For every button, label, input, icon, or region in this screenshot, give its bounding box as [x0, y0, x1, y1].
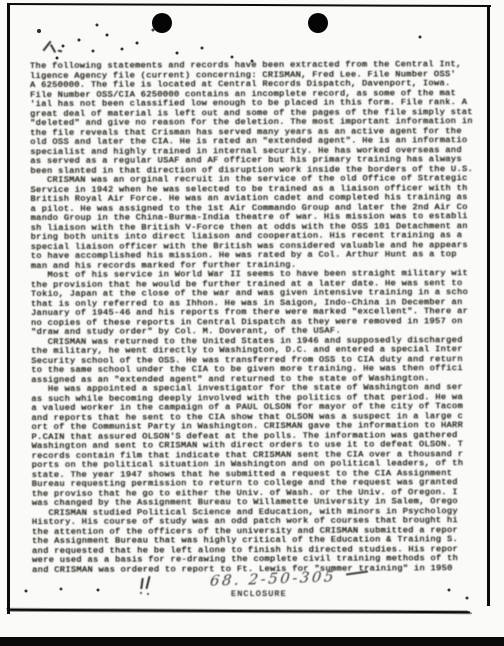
scanned-document-page: The following statements and records hav… — [0, 0, 504, 646]
scan-border-left — [7, 4, 10, 614]
handwritten-squiggle-top-left — [50, 44, 56, 53]
enclosure-label: ENCLOSURE — [231, 589, 287, 599]
hole-punch-left — [152, 13, 172, 33]
handwritten-mark-bottom — [140, 578, 143, 589]
scan-border-bottom — [8, 609, 470, 613]
handwritten-mark-bottom — [147, 593, 149, 595]
handwritten-mark-bottom — [145, 576, 150, 589]
scan-border-top — [7, 3, 491, 7]
scan-edge-black-bar — [0, 637, 504, 646]
handwritten-mark-bottom — [140, 592, 142, 594]
document-body-text: The following statements and records hav… — [30, 60, 494, 575]
handwritten-squiggle-top-left — [58, 50, 62, 53]
hole-punch-right — [308, 13, 328, 33]
scan-noise-speckles — [0, 0, 2, 2]
